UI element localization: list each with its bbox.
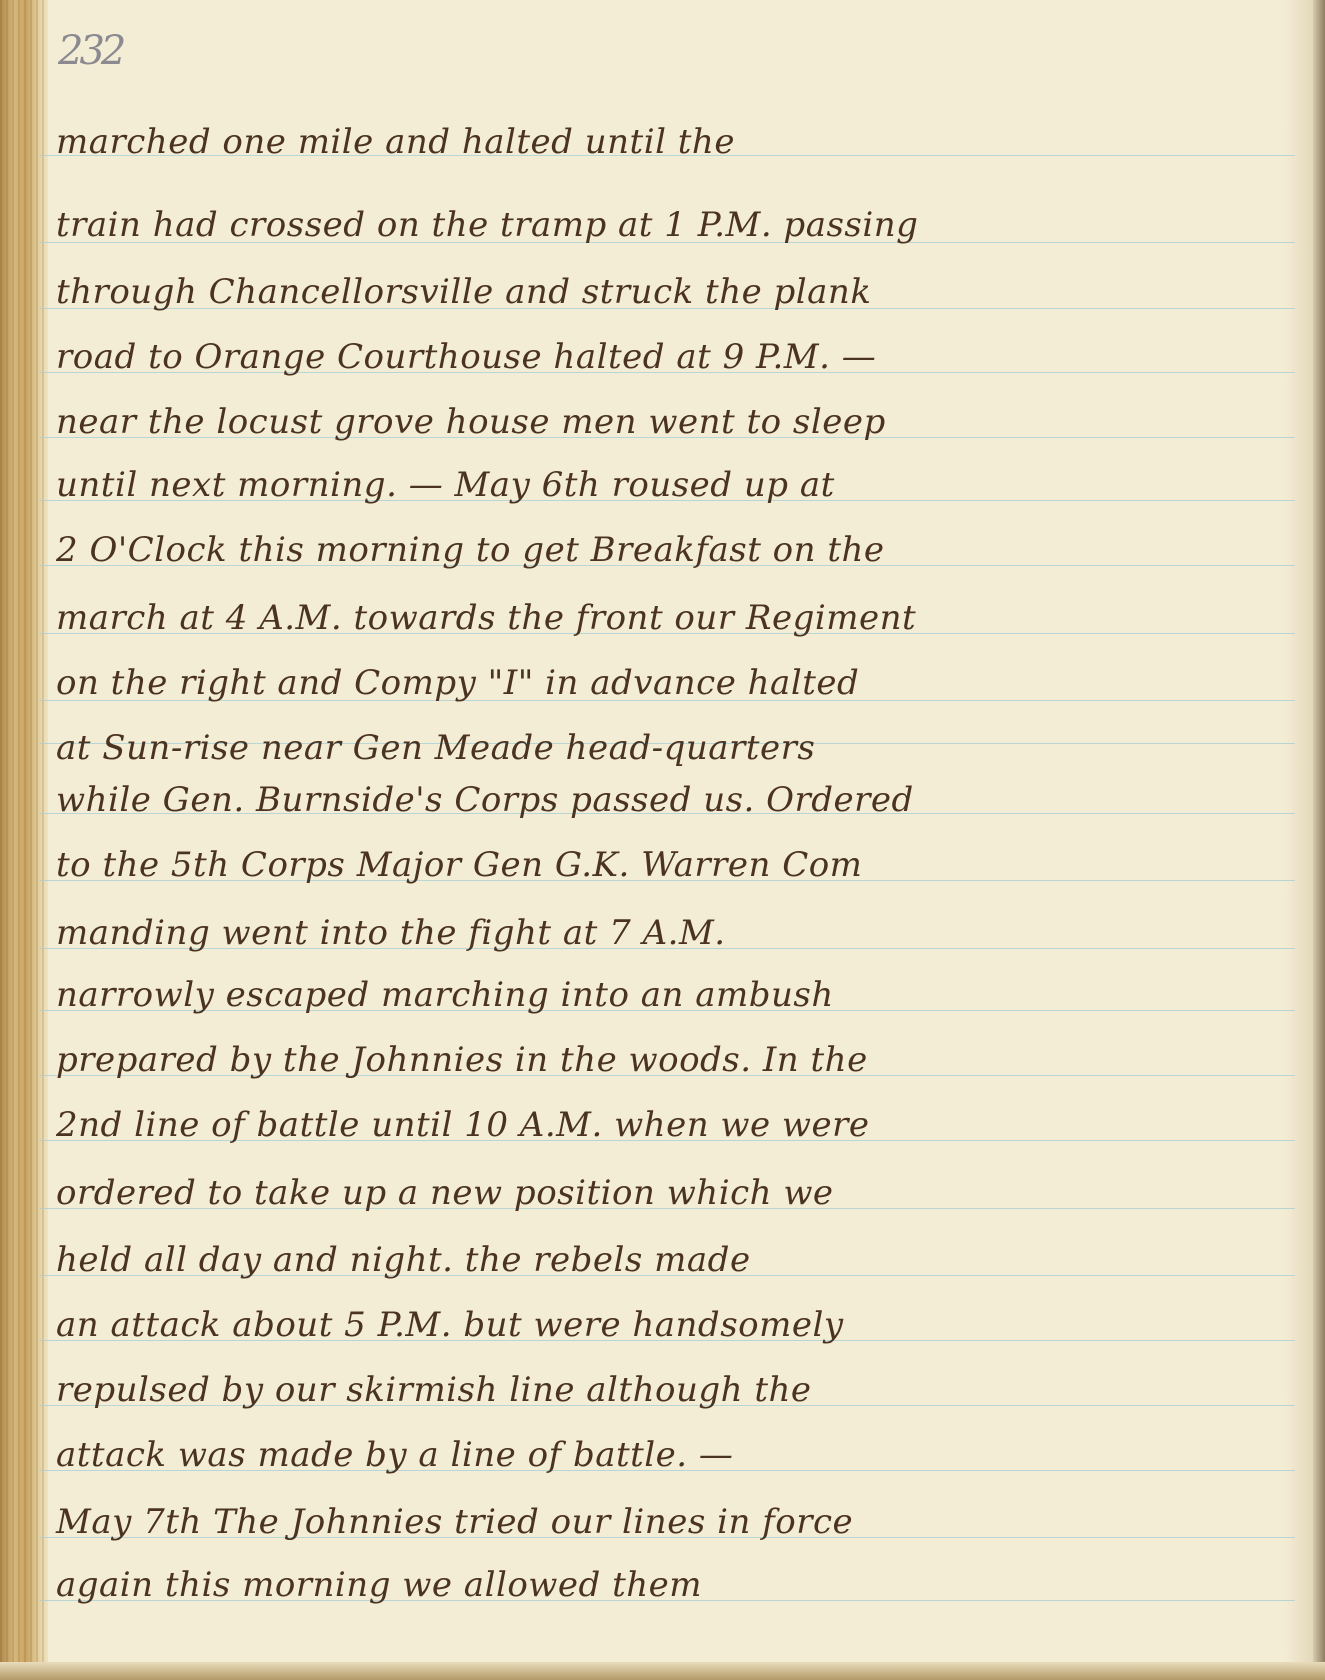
text-line: manding went into the fight at 7 A.M. xyxy=(56,903,1306,963)
text-line: train had crossed on the tramp at 1 P.M.… xyxy=(56,195,1306,255)
text-line: near the locust grove house men went to … xyxy=(56,392,1306,452)
text-line: an attack about 5 P.M. but were handsome… xyxy=(56,1295,1306,1355)
text-line: through Chancellorsville and struck the … xyxy=(56,262,1306,322)
page-number: 232 xyxy=(58,28,122,74)
text-line: prepared by the Johnnies in the woods. I… xyxy=(56,1030,1306,1090)
text-line: held all day and night. the rebels made xyxy=(56,1230,1306,1290)
text-line: repulsed by our skirmish line although t… xyxy=(56,1360,1306,1420)
text-line: at Sun-rise near Gen Meade head-quarters xyxy=(56,718,1306,778)
text-line: ordered to take up a new position which … xyxy=(56,1163,1306,1223)
text-line: road to Orange Courthouse halted at 9 P.… xyxy=(56,327,1306,387)
next-page-edge xyxy=(1313,0,1325,1680)
text-line: 2 O'Clock this morning to get Breakfast … xyxy=(56,520,1306,580)
diary-page: 232 marched one mile and halted until th… xyxy=(0,0,1325,1680)
text-line: narrowly escaped marching into an ambush xyxy=(56,965,1306,1025)
text-line: until next morning. — May 6th roused up … xyxy=(56,455,1306,515)
text-line: again this morning we allowed them xyxy=(56,1555,1306,1615)
text-line: on the right and Compy "I" in advance ha… xyxy=(56,653,1306,713)
text-line: 2nd line of battle until 10 A.M. when we… xyxy=(56,1095,1306,1155)
text-line: to the 5th Corps Major Gen G.K. Warren C… xyxy=(56,835,1306,895)
text-line: march at 4 A.M. towards the front our Re… xyxy=(56,588,1306,648)
text-line: May 7th The Johnnies tried our lines in … xyxy=(56,1492,1306,1552)
text-line: marched one mile and halted until the xyxy=(56,112,1306,172)
text-line: while Gen. Burnside's Corps passed us. O… xyxy=(56,770,1306,830)
text-line: attack was made by a line of battle. — xyxy=(56,1425,1306,1485)
